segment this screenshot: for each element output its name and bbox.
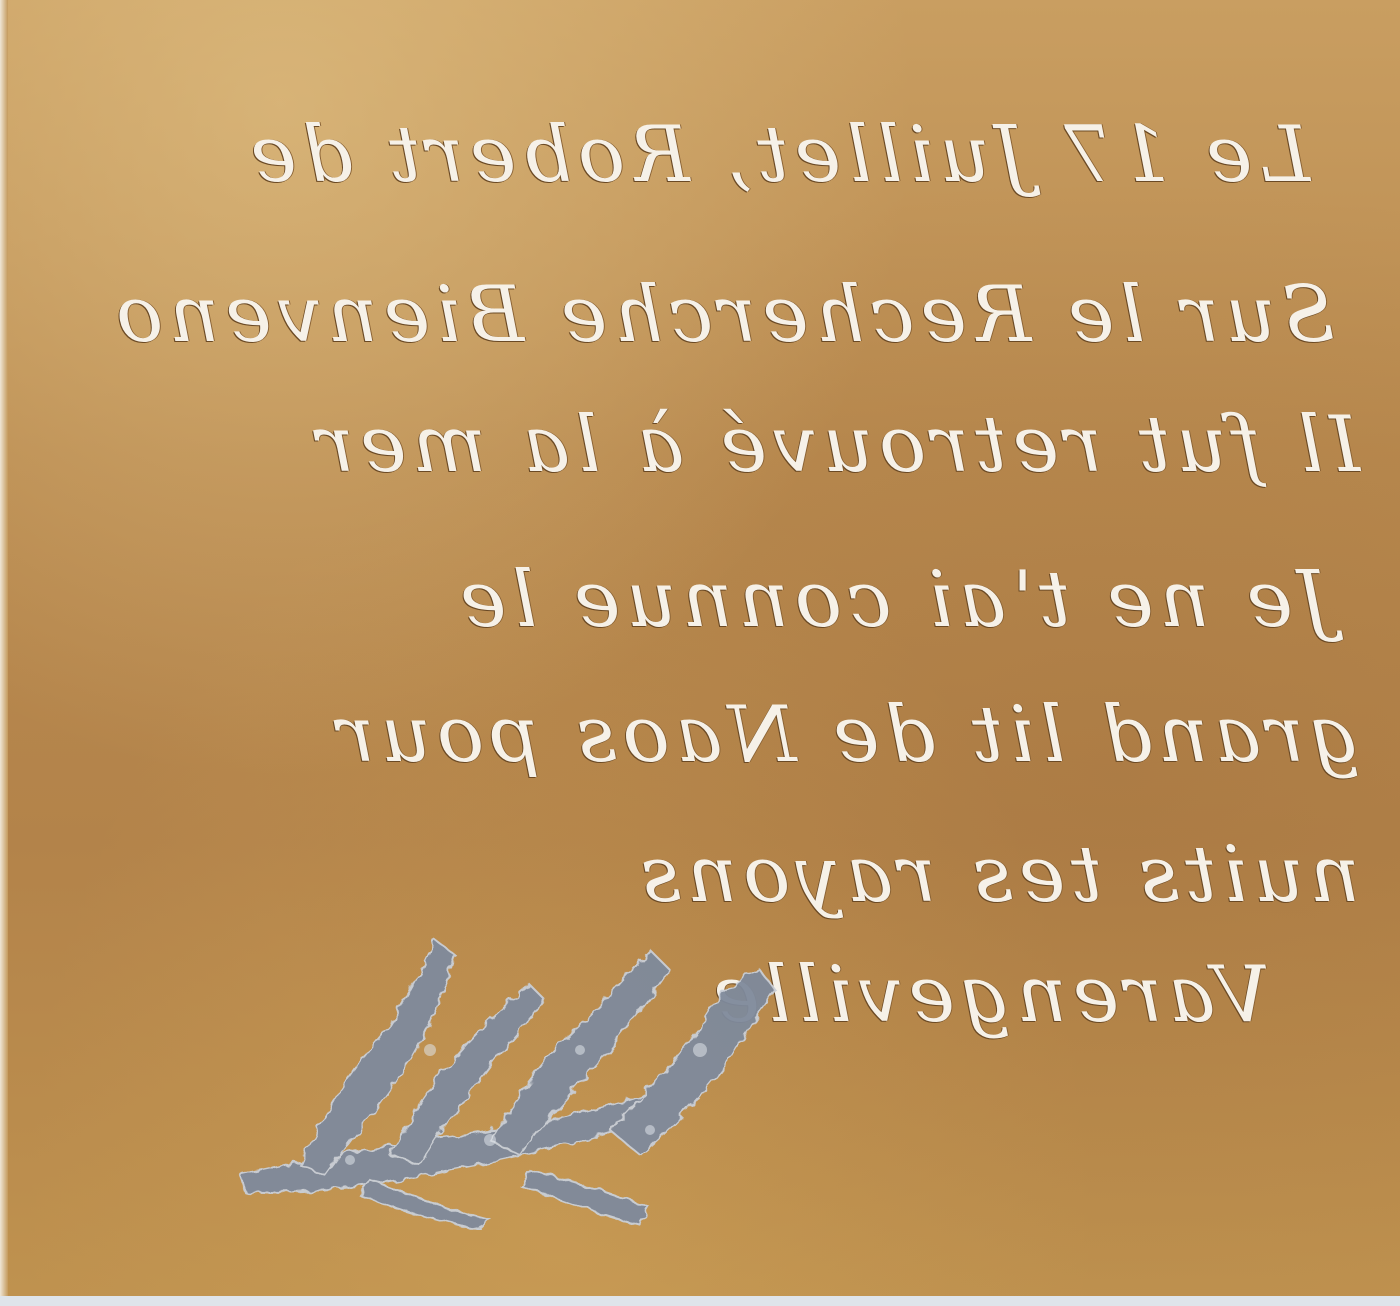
inscription-line-3: Il fut retrouvé à la mer	[140, 400, 1360, 490]
inscription-line-1: Le 17 Juillet, Robert de	[110, 110, 1310, 200]
inscription-line-4: Je ne t'ai connue le	[125, 555, 1330, 645]
seaweed-print-icon	[230, 930, 790, 1230]
ochre-board: Le 17 Juillet, Robert de Sur le Recherch…	[0, 0, 1400, 1296]
board-left-edge	[0, 0, 8, 1296]
board-bottom-edge	[0, 1296, 1400, 1306]
inscription-line-2: Sur le Recherche Bienveno	[55, 270, 1335, 360]
inscription-signature: Varengeville	[850, 950, 1270, 1040]
inscription-line-5: grand lit de Naos pour	[150, 690, 1360, 780]
inscription-line-6: nuits tes rayons	[360, 830, 1360, 920]
